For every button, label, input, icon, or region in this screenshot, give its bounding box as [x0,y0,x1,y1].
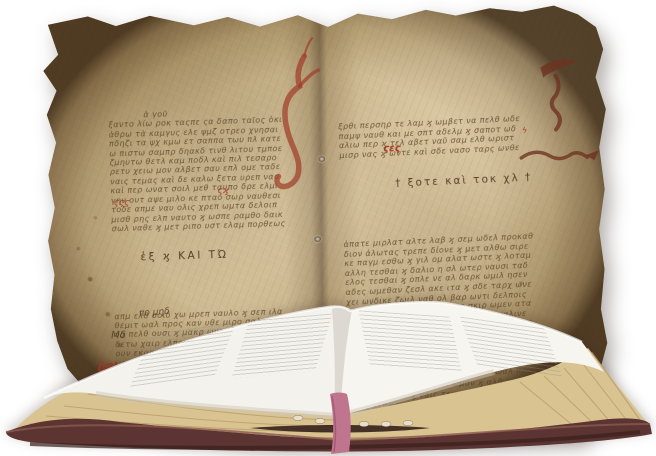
scene: ἁ γοῦξαντο λίω ροκ ταςπε ςα δαπο ταῖος ὸ… [0,0,656,456]
printed-text-column [358,310,461,371]
open-bible [0,0,656,456]
